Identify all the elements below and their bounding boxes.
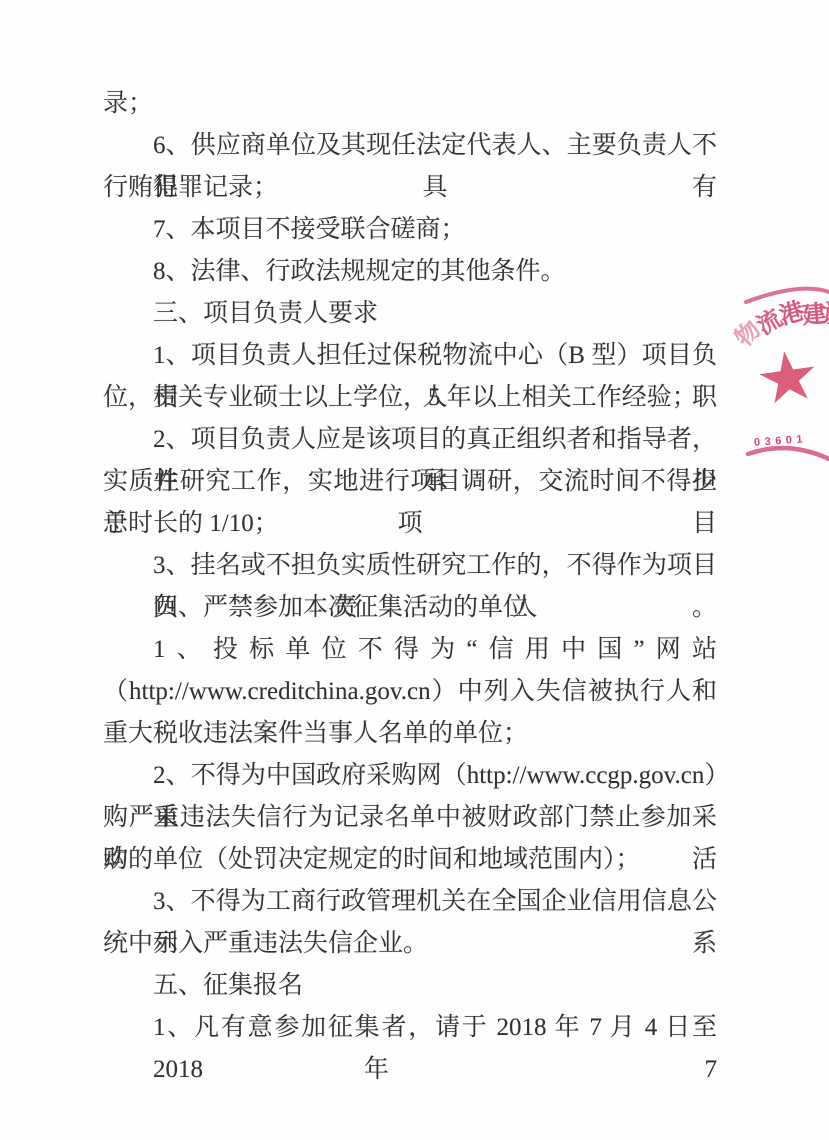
- text-line: 7、本项目不接受联合磋商；: [103, 209, 717, 251]
- text-line: 位，相关专业硕士以上学位，5 年以上相关工作经验；: [103, 377, 717, 419]
- stamp-arc-char: 建: [801, 294, 828, 331]
- text-line: 2、不得为中国政府采购网（http://www.ccgp.gov.cn）采: [103, 755, 717, 797]
- text-line: 3、挂名或不担负实质性研究工作的，不得作为项目负责人。: [103, 545, 717, 587]
- document-body-text: 录；6、供应商单位及其现任法定代表人、主要负责人不得具有行贿犯罪记录；7、本项目…: [103, 83, 717, 1049]
- stamp-arc-char: 设: [821, 293, 829, 331]
- text-line: 1、投标单位不得为“信用中国”网站: [103, 629, 717, 671]
- text-line: 录；: [103, 83, 717, 125]
- text-line: 三、项目负责人要求: [103, 293, 717, 335]
- red-star-icon: [755, 347, 820, 410]
- text-line: 3、不得为工商行政管理机关在全国企业信用信息公示系: [103, 881, 717, 923]
- text-line: 五、征集报名: [103, 965, 717, 1007]
- stamp-arc-char: 流: [749, 299, 788, 341]
- scanned-document-page: 录；6、供应商单位及其现任法定代表人、主要负责人不得具有行贿犯罪记录；7、本项目…: [0, 0, 829, 1140]
- text-line: 1、凡有意参加征集者，请于 2018 年 7 月 4 日至 2018 年 7: [103, 1007, 717, 1049]
- text-line: 购严重违法失信行为记录名单中被财政部门禁止参加采购活: [103, 797, 717, 839]
- text-line: （http://www.creditchina.gov.cn）中列入失信被执行人…: [103, 671, 717, 713]
- stamp-arc-char: 物: [725, 311, 767, 353]
- stamp-serial-number: 03601: [754, 433, 808, 449]
- text-line: 实质性研究工作，实地进行项目调研，交流时间不得少于项目: [103, 461, 717, 503]
- text-line: 8、法律、行政法规规定的其他条件。: [103, 251, 717, 293]
- text-line: 重大税收违法案件当事人名单的单位；: [103, 713, 717, 755]
- text-line: 6、供应商单位及其现任法定代表人、主要负责人不得具有: [103, 125, 717, 167]
- stamp-arc-char: 港: [775, 291, 808, 331]
- text-line: 动的单位（处罚决定规定的时间和地域范围内）；: [103, 839, 717, 881]
- text-line: 2、项目负责人应是该项目的真正组织者和指导者，并承担: [103, 419, 717, 461]
- text-line: 1、项目负责人担任过保税物流中心（B 型）项目负责人职: [103, 335, 717, 377]
